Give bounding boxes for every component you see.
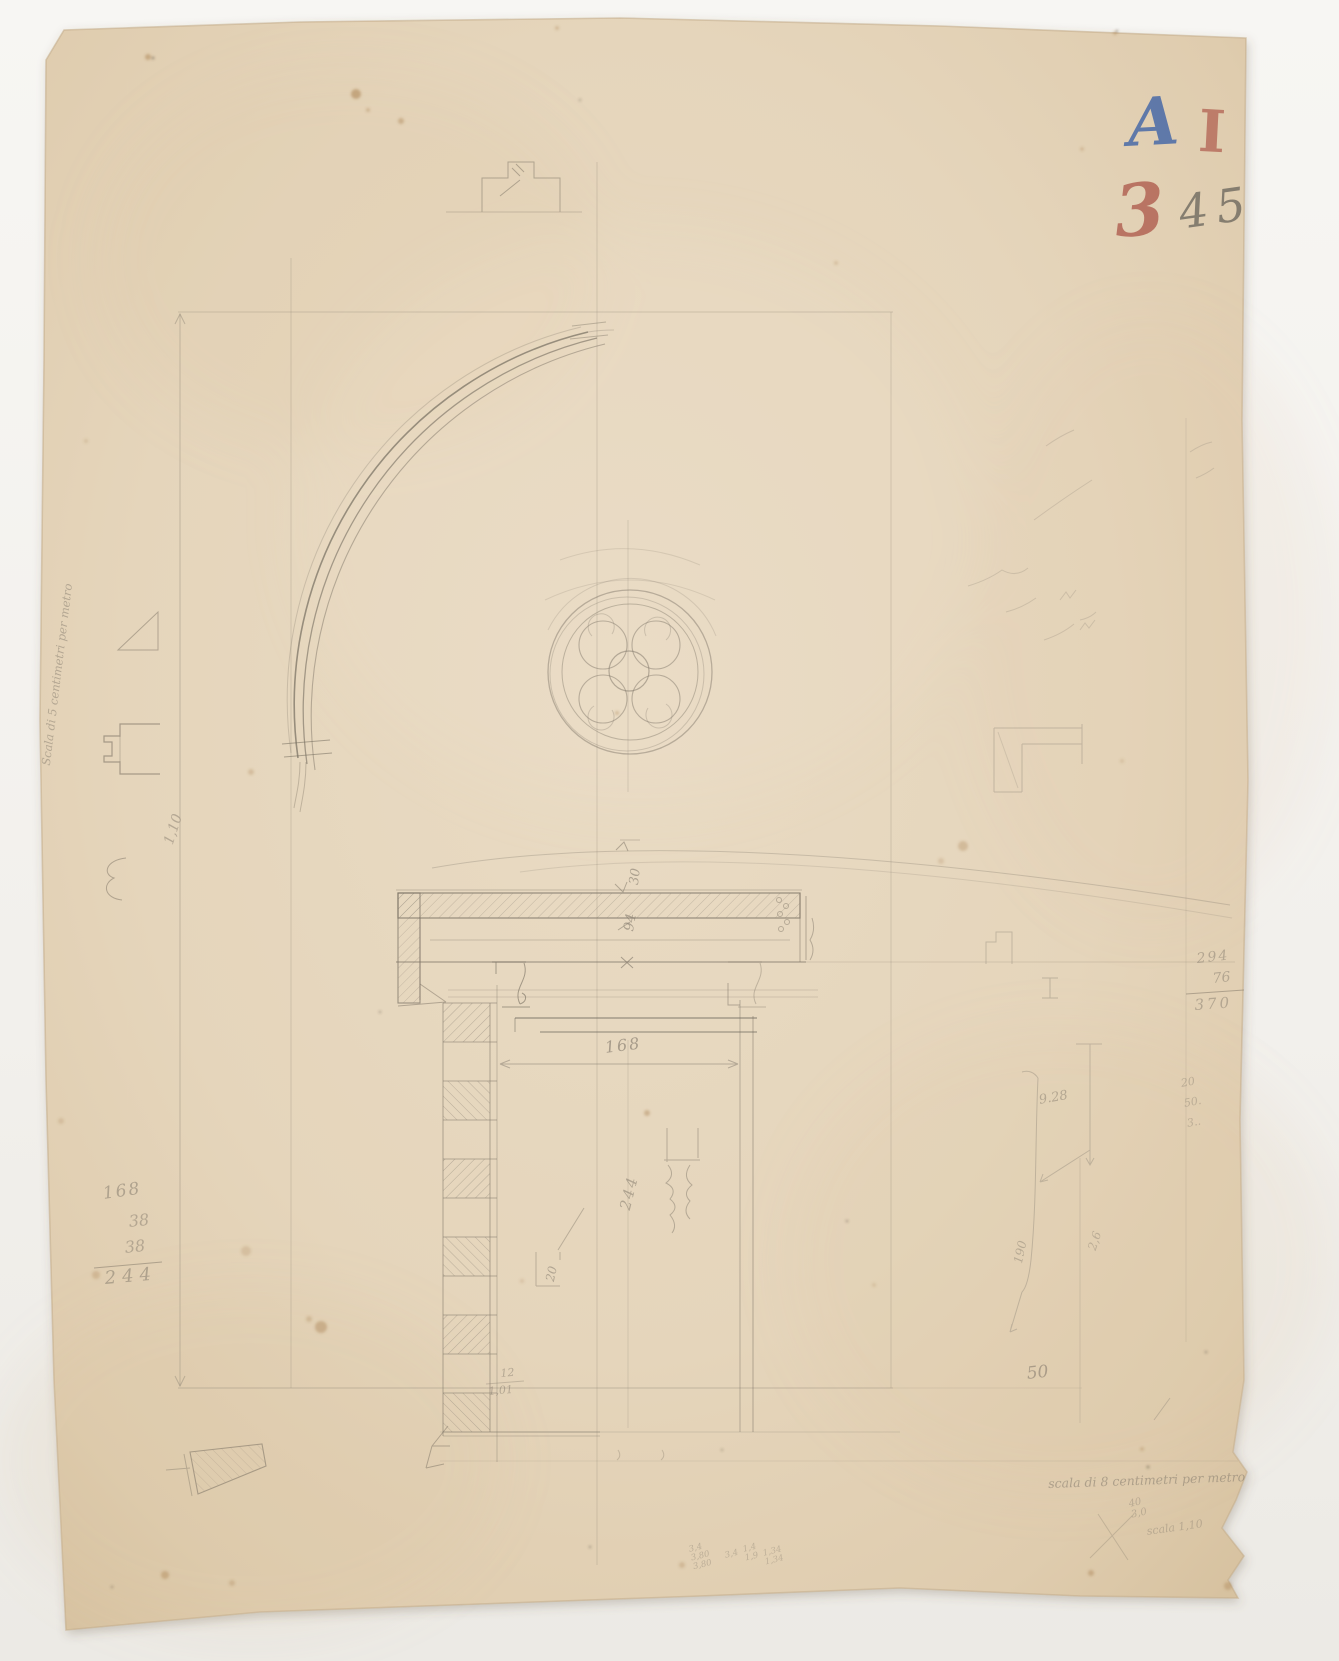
red-letter-i: I [1197, 102, 1227, 161]
left-sum-addend-2: 38 [128, 1212, 150, 1230]
scanned-drawing-sheet: A I 3 45 30 94 168 244 20 1,10 12 1,01 5… [0, 0, 1339, 1661]
right-sum-total: 370 [1194, 995, 1233, 1013]
right-list-item-3: 3.. [1186, 1116, 1202, 1129]
blue-letter-a: A [1126, 87, 1181, 156]
lintel-left-return [398, 893, 420, 1003]
dim-101-label: 1,01 [488, 1384, 513, 1397]
dim-20-block-label: 20 [544, 1265, 559, 1282]
right-sum-addend-2: 76 [1212, 970, 1231, 986]
right-list-item-1: 20 [1180, 1076, 1196, 1089]
dim-168-label: 168 [604, 1036, 642, 1056]
right-sum-addend-1: 294 [1196, 949, 1230, 966]
dim-94-label: 94 [622, 912, 639, 932]
left-sum-addend-3: 38 [124, 1238, 146, 1256]
red-number-3: 3 [1112, 173, 1167, 248]
right-list-item-2: 50. [1183, 1095, 1202, 1109]
dim-12-label: 12 [500, 1367, 515, 1379]
dim-50-label: 50 [1026, 1364, 1049, 1383]
pencil-number-45: 45 [1176, 180, 1256, 236]
dim-30-label: 30 [628, 868, 643, 886]
left-sum-total: 244 [104, 1265, 158, 1287]
lintel-hatched-band [398, 893, 800, 918]
